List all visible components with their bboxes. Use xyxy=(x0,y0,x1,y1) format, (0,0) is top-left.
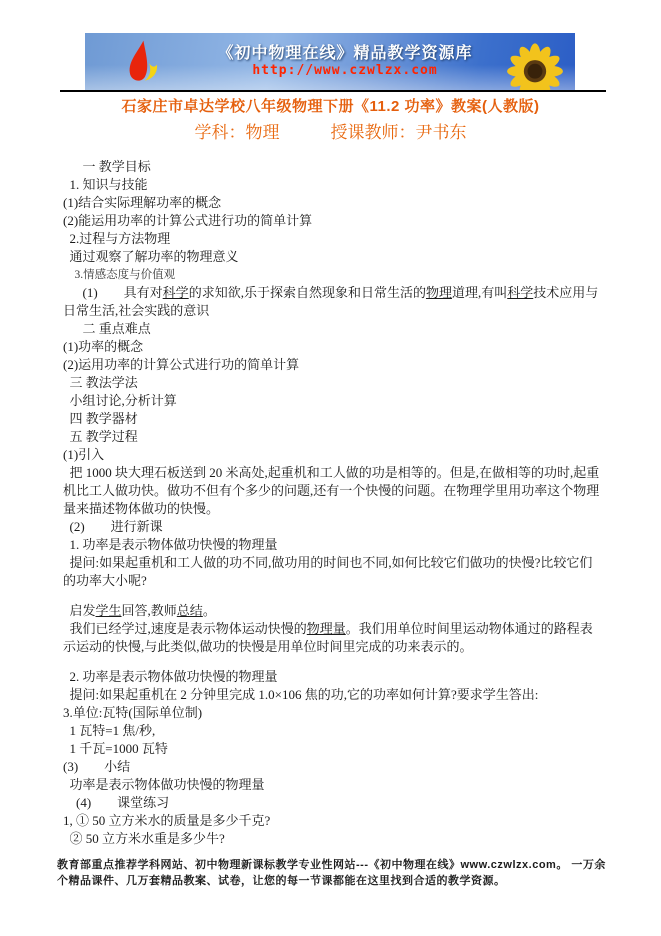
text-run: 1 千瓦=1000 瓦特 xyxy=(70,741,168,756)
body-line: (1) 具有对科学的求知欲,乐于探索自然现象和日常生活的物理道理,有叫科学技术应… xyxy=(63,284,605,320)
text-run: 三 教法学法 xyxy=(70,375,138,390)
text-run: 提问:如果起重机在 2 分钟里完成 1.0×106 焦的功,它的功率如何计算?要… xyxy=(70,687,539,702)
body-line: 启发学生回答,教师总结。 xyxy=(63,602,605,620)
text-run: (1)引入 xyxy=(63,447,104,462)
text-run: 1. 知识与技能 xyxy=(70,177,148,192)
text-run: (1)功率的概念 xyxy=(63,339,143,354)
text-run: 功率是表示物体做功快慢的物理量 xyxy=(70,777,265,792)
document-page: 《初中物理在线》精品教学资源库 http://www.czwlzx.com xyxy=(0,0,661,936)
blank-line xyxy=(63,590,605,602)
body-line: ② 50 立方米水重是多少牛? xyxy=(63,830,605,848)
text-run: (2)运用功率的计算公式进行功的简单计算 xyxy=(63,357,299,372)
banner-site-title: 《初中物理在线》精品教学资源库 xyxy=(195,40,495,63)
body-line: 2. 功率是表示物体做功快慢的物理量 xyxy=(63,668,605,686)
text-run: 1 瓦特=1 焦/秒, xyxy=(70,723,156,738)
body-line: (1)引入 xyxy=(63,446,605,464)
underlined-term: 总结 xyxy=(177,603,203,618)
body-line: 提问:如果起重机在 2 分钟里完成 1.0×106 焦的功,它的功率如何计算?要… xyxy=(63,686,605,704)
text-run: 把 1000 块大理石板送到 20 米高处,起重机和工人做的功是相等的。但是,在… xyxy=(63,465,599,516)
body-line: 3.情感态度与价值观 xyxy=(63,266,605,284)
body-line: 1, ① 50 立方米水的质量是多少千克? xyxy=(63,812,605,830)
footer-text: 教育部重点推荐学科网站、初中物理新课标教学专业性网站---《初中物理在线》www… xyxy=(57,857,613,889)
site-logo-icon xyxy=(117,38,165,88)
header-divider xyxy=(60,90,606,92)
banner-site-url[interactable]: http://www.czwlzx.com xyxy=(215,63,475,78)
body-line: 1 千瓦=1000 瓦特 xyxy=(63,740,605,758)
body-line: (1)功率的概念 xyxy=(63,338,605,356)
text-run: ② 50 立方米水重是多少牛? xyxy=(70,831,225,846)
body-line: 1. 知识与技能 xyxy=(63,176,605,194)
body-line: (2)能运用功率的计算公式进行功的简单计算 xyxy=(63,212,605,230)
text-run: 四 教学器材 xyxy=(70,411,138,426)
body-line: (4) 课堂练习 xyxy=(63,794,605,812)
doc-subtitle: 学科：物理 授课教师：尹书东 xyxy=(0,118,661,143)
text-run: 3.单位:瓦特(国际单位制) xyxy=(63,705,202,720)
text-run: 提问:如果起重机和工人做的功不同,做功用的时间也不同,如何比较它们做功的快慢?比… xyxy=(63,555,592,588)
text-run: (2)能运用功率的计算公式进行功的简单计算 xyxy=(63,213,312,228)
body-line: 把 1000 块大理石板送到 20 米高处,起重机和工人做的功是相等的。但是,在… xyxy=(63,464,605,518)
body-line: (2) 进行新课 xyxy=(63,518,605,536)
text-run: 五 教学过程 xyxy=(70,429,138,444)
body-line: 通过观察了解功率的物理意义 xyxy=(63,248,605,266)
body-line: 二 重点难点 xyxy=(63,320,605,338)
body-line: 四 教学器材 xyxy=(63,410,605,428)
text-run: 我们已经学过,速度是表示物体运动快慢的 xyxy=(70,621,307,636)
body-line: (2)运用功率的计算公式进行功的简单计算 xyxy=(63,356,605,374)
body-line: 1. 功率是表示物体做功快慢的物理量 xyxy=(63,536,605,554)
text-run: 的求知欲,乐于探索自然现象和日常生活的 xyxy=(189,285,426,300)
body-line: 一 教学目标 xyxy=(63,158,605,176)
underlined-term: 物理量 xyxy=(307,621,346,636)
site-banner: 《初中物理在线》精品教学资源库 http://www.czwlzx.com xyxy=(85,33,575,91)
text-run: 1, ① 50 立方米水的质量是多少千克? xyxy=(63,813,270,828)
text-run: 通过观察了解功率的物理意义 xyxy=(70,249,239,264)
body-line: 我们已经学过,速度是表示物体运动快慢的物理量。我们用单位时间里运动物体通过的路程… xyxy=(63,620,605,656)
text-run: (1) 具有对 xyxy=(83,285,163,300)
text-run: 1. 功率是表示物体做功快慢的物理量 xyxy=(70,537,278,552)
text-run: 小组讨论,分析计算 xyxy=(70,393,177,408)
body-line: 五 教学过程 xyxy=(63,428,605,446)
text-run: 回答,教师 xyxy=(122,603,177,618)
text-run: 二 重点难点 xyxy=(83,321,151,336)
text-run: 启发 xyxy=(70,603,96,618)
underlined-term: 科学 xyxy=(507,285,533,300)
text-run: 。 xyxy=(203,603,216,618)
body-line: 3.单位:瓦特(国际单位制) xyxy=(63,704,605,722)
text-run: (2) 进行新课 xyxy=(70,519,163,534)
text-run: (3) 小结 xyxy=(63,759,130,774)
doc-title: 石家庄市卓达学校八年级物理下册《11.2 功率》教案(人教版) xyxy=(0,95,661,116)
text-run: 2. 功率是表示物体做功快慢的物理量 xyxy=(70,669,278,684)
text-run: 2.过程与方法物理 xyxy=(70,231,171,246)
body-lines: 一 教学目标1. 知识与技能(1)结合实际理解功率的概念(2)能运用功率的计算公… xyxy=(63,158,605,848)
body-line: 提问:如果起重机和工人做的功不同,做功用的时间也不同,如何比较它们做功的快慢?比… xyxy=(63,554,605,590)
text-run: 3.情感态度与价值观 xyxy=(75,269,176,281)
body-line: 功率是表示物体做功快慢的物理量 xyxy=(63,776,605,794)
underlined-term: 学生 xyxy=(96,603,122,618)
text-run: (1)结合实际理解功率的概念 xyxy=(63,195,221,210)
underlined-term: 科学 xyxy=(163,285,189,300)
text-run: (4) 课堂练习 xyxy=(76,795,169,810)
body-line: 2.过程与方法物理 xyxy=(63,230,605,248)
underlined-term: 物理 xyxy=(426,285,452,300)
body-line: (3) 小结 xyxy=(63,758,605,776)
body-line: 三 教法学法 xyxy=(63,374,605,392)
body-line: 小组讨论,分析计算 xyxy=(63,392,605,410)
body-line: 1 瓦特=1 焦/秒, xyxy=(63,722,605,740)
blank-line xyxy=(63,656,605,668)
text-run: 道理,有叫 xyxy=(452,285,507,300)
body-line: (1)结合实际理解功率的概念 xyxy=(63,194,605,212)
text-run: 一 教学目标 xyxy=(83,159,151,174)
sunflower-icon xyxy=(503,39,567,91)
